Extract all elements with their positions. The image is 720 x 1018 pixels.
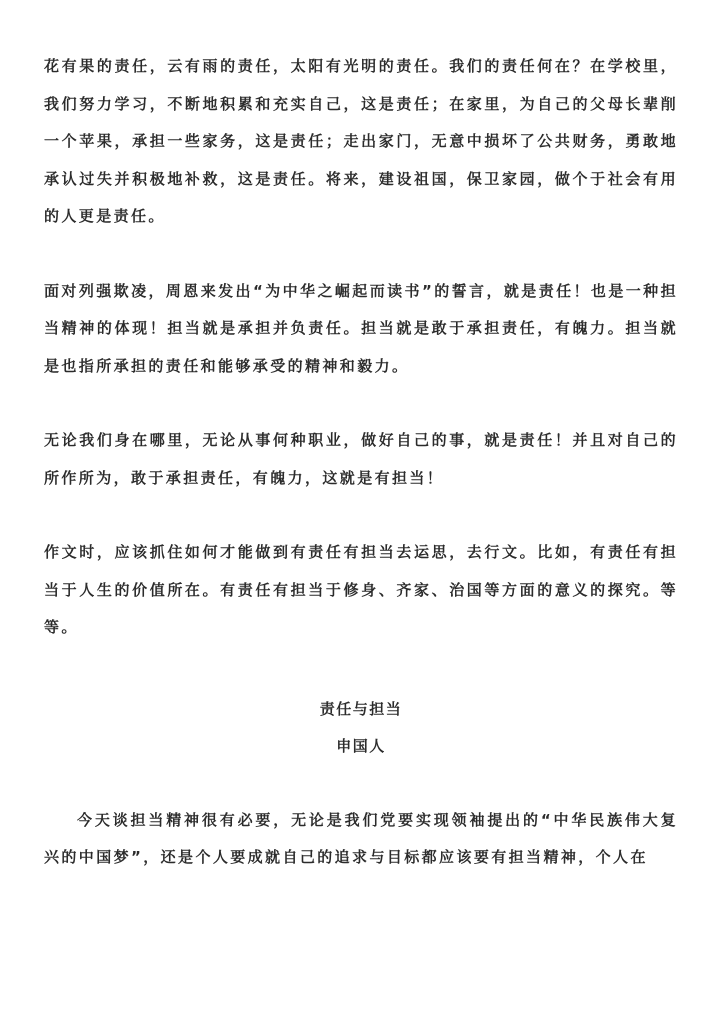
essay-opening-paragraph: 今天谈担当精神很有必要，无论是我们党要实现领袖提出的“中华民族伟大复兴的中国梦”… <box>44 802 678 877</box>
paragraph-zhou-enlai: 面对列强欺凌，周恩来发出“为中华之崛起而读书”的誓言，就是责任！也是一种担当精神… <box>44 273 678 386</box>
document-page: 花有果的责任，云有雨的责任，太阳有光明的责任。我们的责任何在？在学校里，我们努力… <box>44 48 678 877</box>
paragraph-writing-advice: 作文时，应该抓住如何才能做到有责任有担当去运思，去行文。比如，有责任有担当于人生… <box>44 534 678 647</box>
paragraph-spacer <box>44 385 678 422</box>
paragraph-responsibility-examples: 花有果的责任，云有雨的责任，太阳有光明的责任。我们的责任何在？在学校里，我们努力… <box>44 48 678 236</box>
paragraph-wherever-we-are: 无论我们身在哪里，无论从事何种职业，做好自己的事，就是责任！并且对自己的所作所为… <box>44 422 678 497</box>
paragraph-spacer <box>44 497 678 534</box>
paragraph-spacer <box>44 236 678 273</box>
paragraph-spacer <box>44 766 678 802</box>
essay-author: 申国人 <box>44 728 678 766</box>
paragraph-spacer <box>44 647 678 691</box>
essay-title: 责任与担当 <box>44 691 678 729</box>
